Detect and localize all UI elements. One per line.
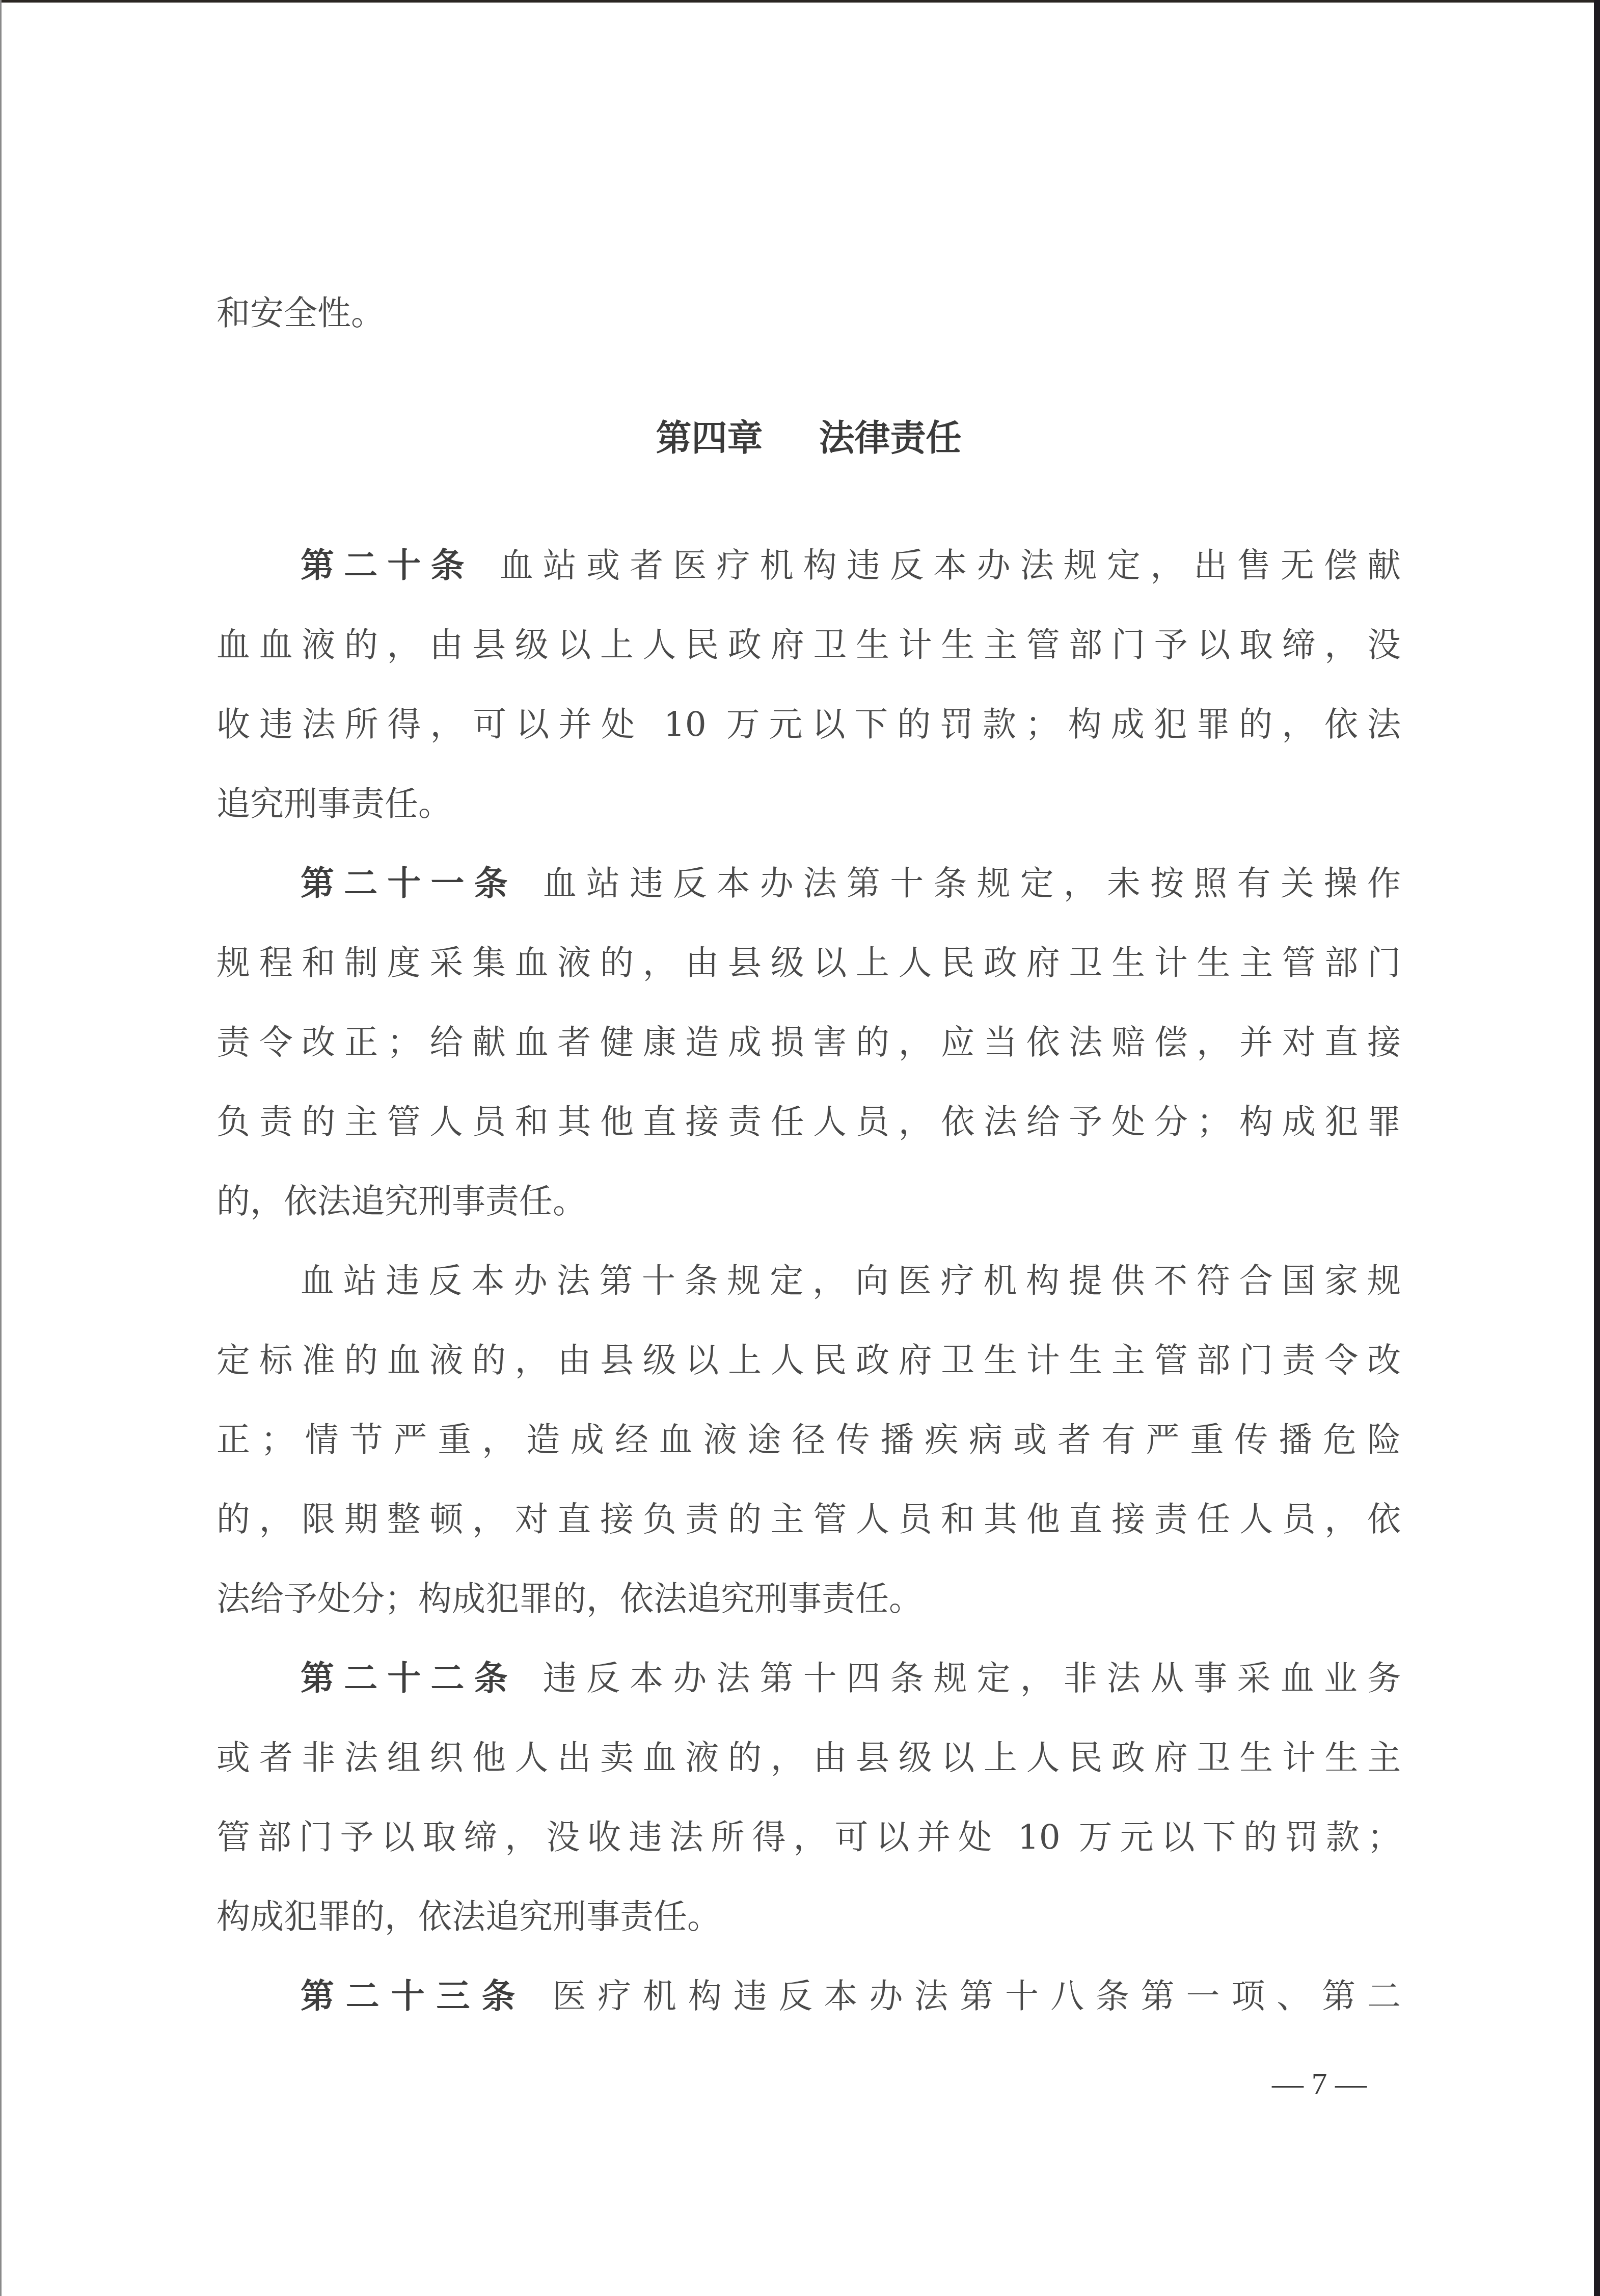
- article-line: 血血液的，由县级以上人民政府卫生计生主管部门予以取缔，没: [216, 622, 1401, 668]
- scan-edge-left: [0, 0, 2, 2296]
- article-line: 第二十二条违反本办法第十四条规定，非法从事采血业务: [301, 1656, 1401, 1701]
- article-line: 收违法所得，可以并处 10 万元以下的罚款；构成犯罪的，依法: [216, 702, 1401, 747]
- article-line: 的，依法追究刑事责任。: [216, 1179, 1401, 1224]
- article-line: 第二十条血站或者医疗机构违反本办法规定，出售无偿献: [301, 543, 1401, 589]
- article-line: 负责的主管人员和其他直接责任人员，依法给予处分；构成犯罪: [216, 1099, 1401, 1145]
- article-line: 追究刑事责任。: [216, 781, 1401, 827]
- scan-edge-right: [1594, 0, 1600, 2296]
- article-line: 法给予处分；构成犯罪的，依法追究刑事责任。: [216, 1576, 1401, 1622]
- article-line: 定标准的血液的，由县级以上人民政府卫生计生主管部门责令改: [216, 1338, 1401, 1383]
- article-line: 血站违反本办法第十条规定，向医疗机构提供不符合国家规: [301, 1258, 1401, 1304]
- carryover-line: 和安全性。: [216, 290, 1401, 336]
- article-line: 规程和制度采集血液的，由县级以上人民政府卫生计生主管部门: [216, 940, 1401, 986]
- article-label: 第二十二条: [301, 1659, 518, 1698]
- article-line: 管部门予以取缔，没收违法所得，可以并处 10 万元以下的罚款；: [216, 1814, 1401, 1860]
- article-line: 责令改正；给献血者健康造成损害的，应当依法赔偿，并对直接: [216, 1020, 1401, 1065]
- article-line: 正；情节严重，造成经血液途径传播疾病或者有严重传播危险: [216, 1417, 1401, 1463]
- chapter-title: 法律责任: [819, 417, 962, 459]
- article-line: 第二十三条医疗机构违反本办法第十八条第一项、第二: [301, 1973, 1401, 2019]
- article-label: 第二十一条: [301, 864, 518, 903]
- scan-edge-top: [0, 0, 1600, 3]
- article-line: 构成犯罪的，依法追究刑事责任。: [216, 1894, 1401, 1940]
- page-number: — 7 —: [1243, 2064, 1396, 2104]
- article-label: 第二十三条: [301, 1977, 527, 2016]
- article-label: 第二十条: [301, 546, 474, 585]
- article-line: 第二十一条血站违反本办法第十条规定，未按照有关操作: [301, 861, 1401, 906]
- chapter-number: 第四章: [656, 417, 763, 459]
- article-line: 或者非法组织他人出卖血液的，由县级以上人民政府卫生计生主: [216, 1735, 1401, 1781]
- article-line: 的，限期整顿，对直接负责的主管人员和其他直接责任人员，依: [216, 1497, 1401, 1542]
- chapter-heading: 第四章法律责任: [216, 413, 1401, 464]
